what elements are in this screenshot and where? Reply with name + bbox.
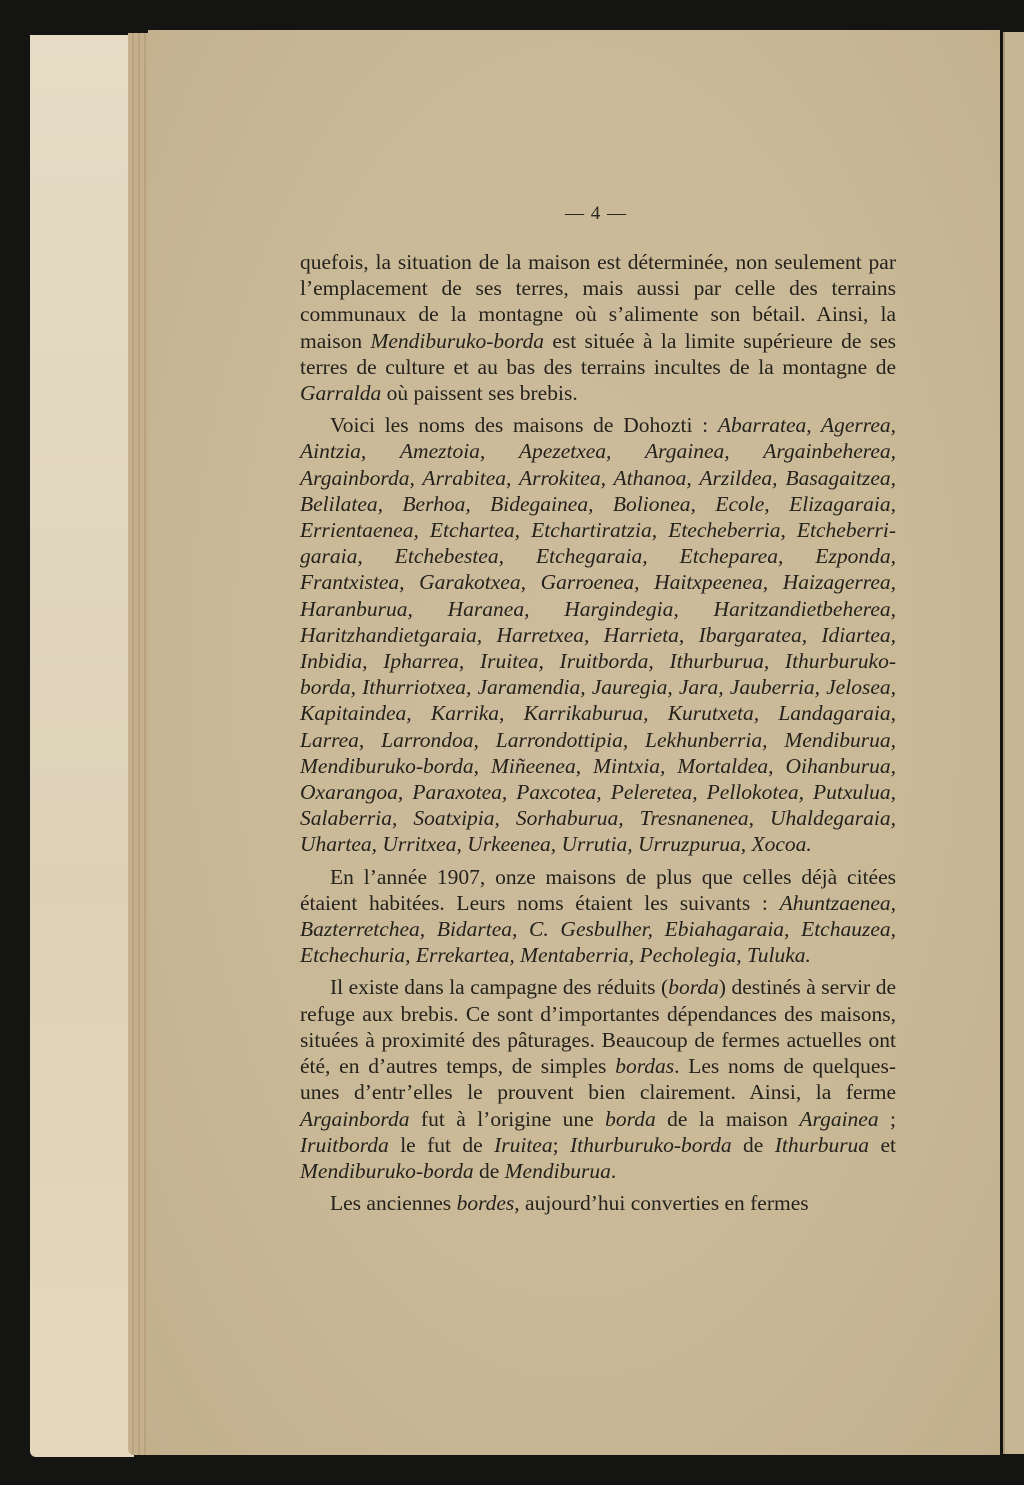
italic-text: Iruitborda	[300, 1133, 389, 1157]
text-run: de	[474, 1159, 505, 1183]
italic-text: bordes	[457, 1191, 515, 1215]
italic-text: Mendiburuko-borda	[300, 1159, 474, 1183]
page-number: — 4 —	[565, 203, 627, 225]
text-run: fut à l’origine une	[410, 1107, 606, 1131]
italic-text: Ithurburuko-borda	[570, 1133, 732, 1157]
paragraph: Voici les noms des maisons de Dohozti : …	[300, 412, 896, 857]
text-run: , aujourd’hui converties en fermes	[514, 1191, 808, 1215]
italic-text: Iruitea	[494, 1133, 553, 1157]
book-cover-flap	[30, 35, 134, 1457]
paragraph: En l’année 1907, onze maisons de plus qu…	[300, 864, 896, 969]
body-text: quefois, la situation de la maison est d…	[300, 249, 896, 1216]
italic-text: Garralda	[300, 381, 381, 405]
text-run: ;	[879, 1107, 896, 1131]
italic-text: Argainea	[799, 1107, 878, 1131]
italic-text: borda	[605, 1107, 656, 1131]
italic-text: Ithurburua	[775, 1133, 869, 1157]
text-run: où paissent ses brebis.	[381, 381, 577, 405]
text-run: .	[611, 1159, 616, 1183]
text-run: Les anciennes	[330, 1191, 457, 1215]
italic-text: borda	[668, 975, 719, 999]
italic-text: Abarratea, Agerrea, Aintzia, Ameztoia, A…	[300, 413, 896, 856]
page-stack-edge	[128, 33, 150, 1455]
paragraph: Les anciennes bordes, aujourd’hui conver…	[300, 1190, 896, 1216]
paragraph: quefois, la situation de la maison est d…	[300, 249, 896, 406]
text-run: le fut de	[389, 1133, 494, 1157]
italic-text: Argainborda	[300, 1107, 410, 1131]
text-run: et	[869, 1133, 896, 1157]
text-run: de	[732, 1133, 775, 1157]
text-run: Il existe dans la campagne des réduits (	[330, 975, 668, 999]
text-run: de la maison	[656, 1107, 800, 1131]
italic-text: Mendiburuko-borda	[370, 329, 544, 353]
text-run: ;	[553, 1133, 570, 1157]
paragraph: Il existe dans la campagne des réduits (…	[300, 974, 896, 1184]
italic-text: Mendiburua	[505, 1159, 611, 1183]
text-run: Voici les noms des maisons de Dohozti :	[330, 413, 718, 437]
next-page-edge	[1003, 32, 1024, 1454]
italic-text: bordas	[615, 1054, 674, 1078]
